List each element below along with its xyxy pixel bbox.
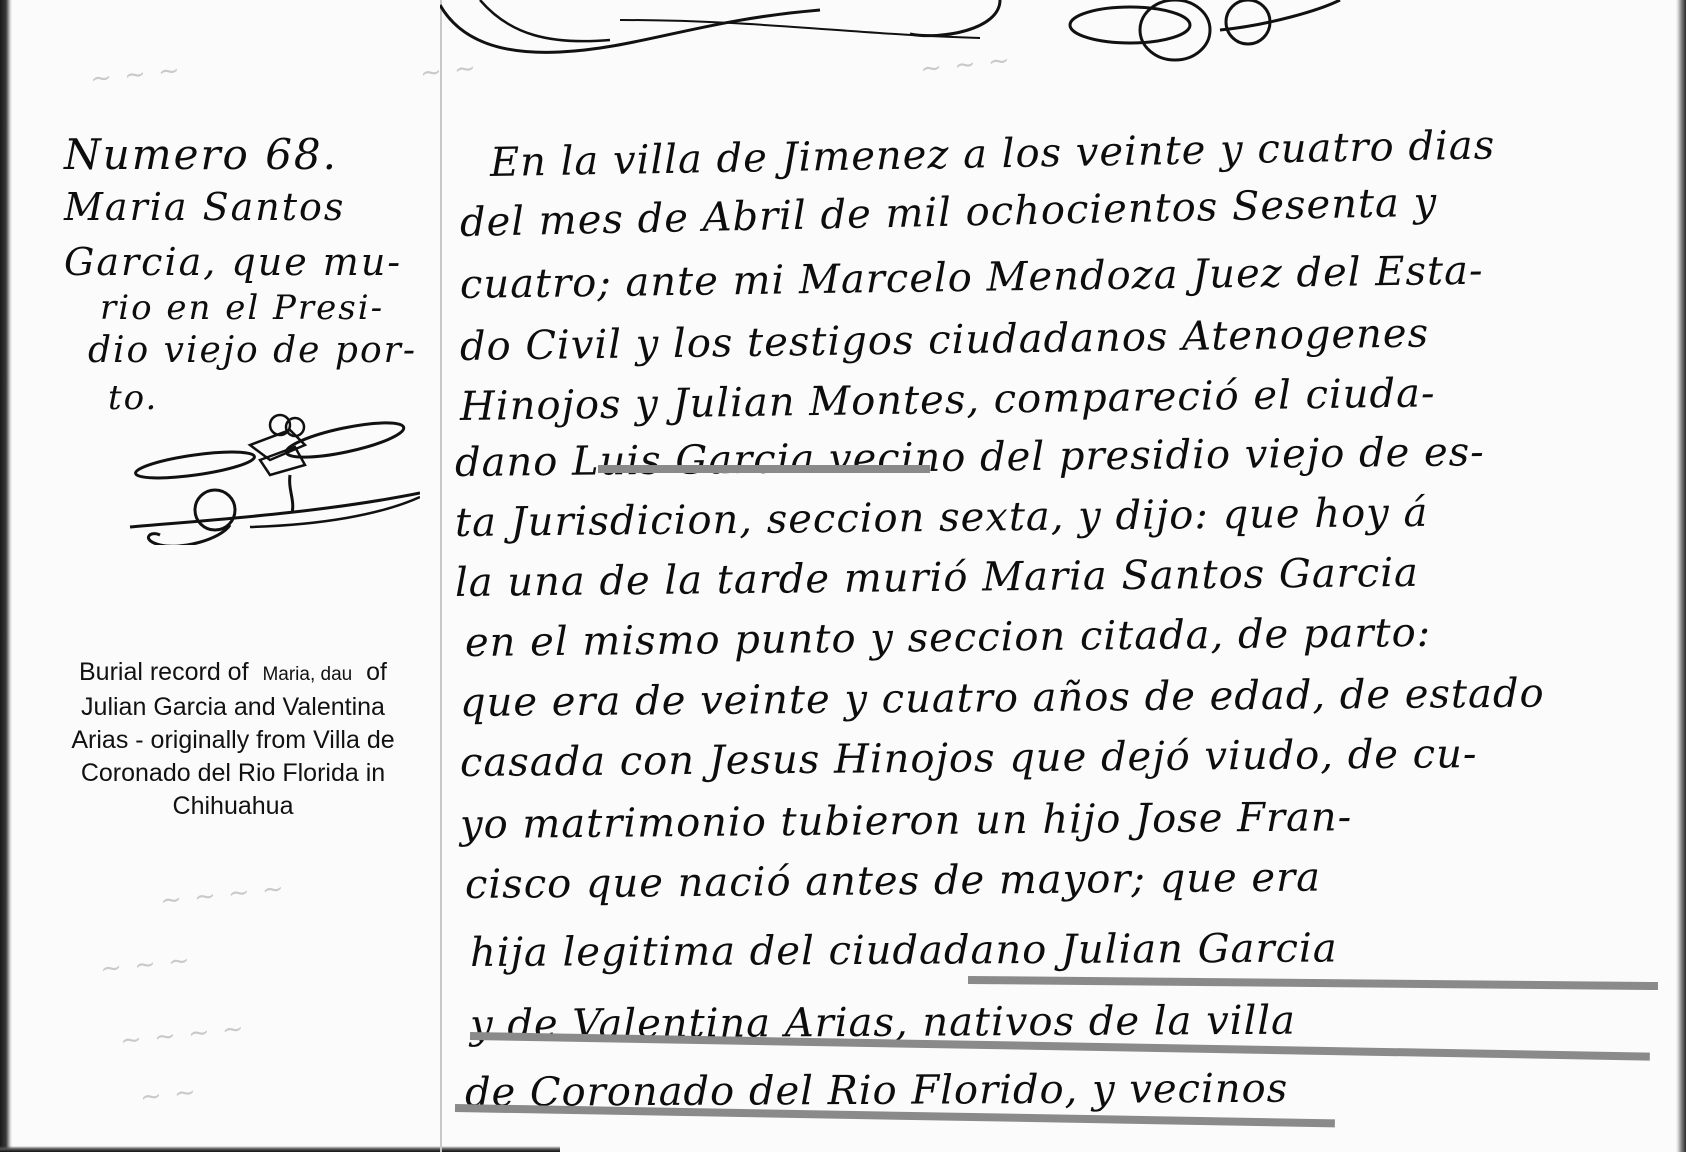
record-line: do Civil y los testigos ciudadanos Ateno… (460, 310, 1430, 370)
record-line: En la villa de Jimenez a los veinte y cu… (490, 122, 1496, 186)
record-line: ta Jurisdicion, seccion sexta, y dijo: q… (455, 490, 1429, 546)
annotation-suffix: of (366, 658, 387, 686)
record-line: que era de veinte y cuatro años de edad,… (460, 671, 1545, 726)
annotation-line: Arias - originally from Villa de (38, 724, 428, 757)
margin-note-line: dio viejo de por- (88, 330, 417, 371)
annotation-caption: Burial record of Maria, dau of Julian Ga… (38, 656, 428, 823)
annotation-prefix: Burial record of (79, 658, 249, 686)
margin-rule (440, 0, 442, 1152)
margin-note-line: Maria Santos (64, 185, 345, 229)
highlight-underline-luis-garcia (598, 465, 930, 473)
bleed-through-mark: ~ ~ ~ (99, 945, 194, 984)
highlight-underline-julian-garcia (968, 976, 1658, 990)
bleed-through-mark: ~ ~ ~ ~ (119, 1014, 247, 1057)
annotation-line: Julian Garcia and Valentina (38, 691, 428, 724)
record-line: cisco que nació antes de mayor; que era (465, 855, 1321, 908)
record-line: en el mismo punto y seccion citada, de p… (465, 610, 1432, 666)
manuscript-page: ~ ~ ~ ~ ~ ~ ~ ~ ~ ~ ~ ~ ~ ~ ~ ~ ~ ~ ~ ~ … (0, 0, 1686, 1152)
record-line: cuatro; ante mi Marcelo Mendoza Juez del… (460, 248, 1484, 308)
top-flourish-icon (440, 0, 1540, 80)
record-line: del mes de Abril de mil ochocientos Sese… (460, 180, 1438, 246)
record-line: hija legitima del ciudadano Julian Garci… (470, 925, 1338, 976)
bleed-through-mark: ~ ~ ~ ~ (159, 874, 287, 917)
margin-note-line: Garcia, que mu- (64, 240, 402, 284)
record-line: yo matrimonio tubieron un hijo Jose Fran… (460, 794, 1353, 848)
scan-edge-left (0, 0, 12, 1152)
record-line: casada con Jesus Hinojos que dejó viudo,… (460, 731, 1478, 786)
annotation-line: Chihuahua (38, 790, 428, 823)
margin-note-line: rio en el Presi- (100, 288, 384, 328)
entry-number: Numero 68. (64, 130, 338, 179)
bleed-through-mark: ~ ~ (139, 1077, 200, 1113)
bleed-through-mark: ~ ~ ~ (89, 55, 184, 94)
record-line: Hinojos y Julian Montes, compareció el c… (460, 370, 1436, 430)
record-line: dano Luis Garcia vecino del presidio vie… (455, 429, 1485, 486)
scan-edge-right (1676, 0, 1686, 1152)
annotation-line-1: Burial record of Maria, dau of (38, 656, 428, 691)
signature-rubric-icon (120, 385, 420, 545)
annotation-line: Coronado del Rio Florida in (38, 757, 428, 790)
record-line: la una de la tarde murió Maria Santos Ga… (455, 550, 1419, 606)
scan-edge-bottom (0, 1146, 560, 1152)
annotation-name: Maria, dau (262, 664, 352, 685)
